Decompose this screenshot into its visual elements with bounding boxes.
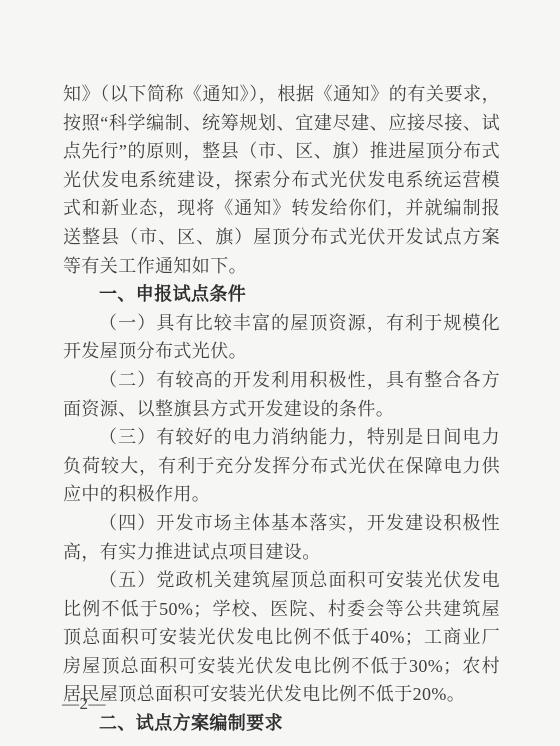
clause-paragraph-3: （三）有较好的电力消纳能力，特别是日间电力负荷较大，有利于充分发挥分布式光伏在保… (63, 423, 500, 509)
document-page: 知》（以下简称《通知》），根据《通知》的有关要求，按照“科学编制、统筹规划、宜建… (0, 0, 560, 746)
section-heading-1: 一、申报试点条件 (63, 280, 500, 309)
document-body: 知》（以下简称《通知》），根据《通知》的有关要求，按照“科学编制、统筹规划、宜建… (63, 80, 500, 738)
clause-paragraph-5: （五）党政机关建筑屋顶总面积可安装光伏发电比例不低于50%；学校、医院、村委会等… (63, 566, 500, 709)
paragraph-continuation: 知》（以下简称《通知》），根据《通知》的有关要求，按照“科学编制、统筹规划、宜建… (63, 80, 500, 280)
clause-paragraph-4: （四）开发市场主体基本落实，开发建设积极性高，有实力推进试点项目建设。 (63, 509, 500, 566)
clause-paragraph-2: （二）有较高的开发利用积极性，具有整合各方面资源、以整旗县方式开发建设的条件。 (63, 366, 500, 423)
section-heading-2: 二、试点方案编制要求 (63, 709, 500, 738)
page-number: —2— (62, 694, 106, 714)
clause-paragraph-1: （一）具有比较丰富的屋顶资源，有利于规模化开发屋顶分布式光伏。 (63, 309, 500, 366)
